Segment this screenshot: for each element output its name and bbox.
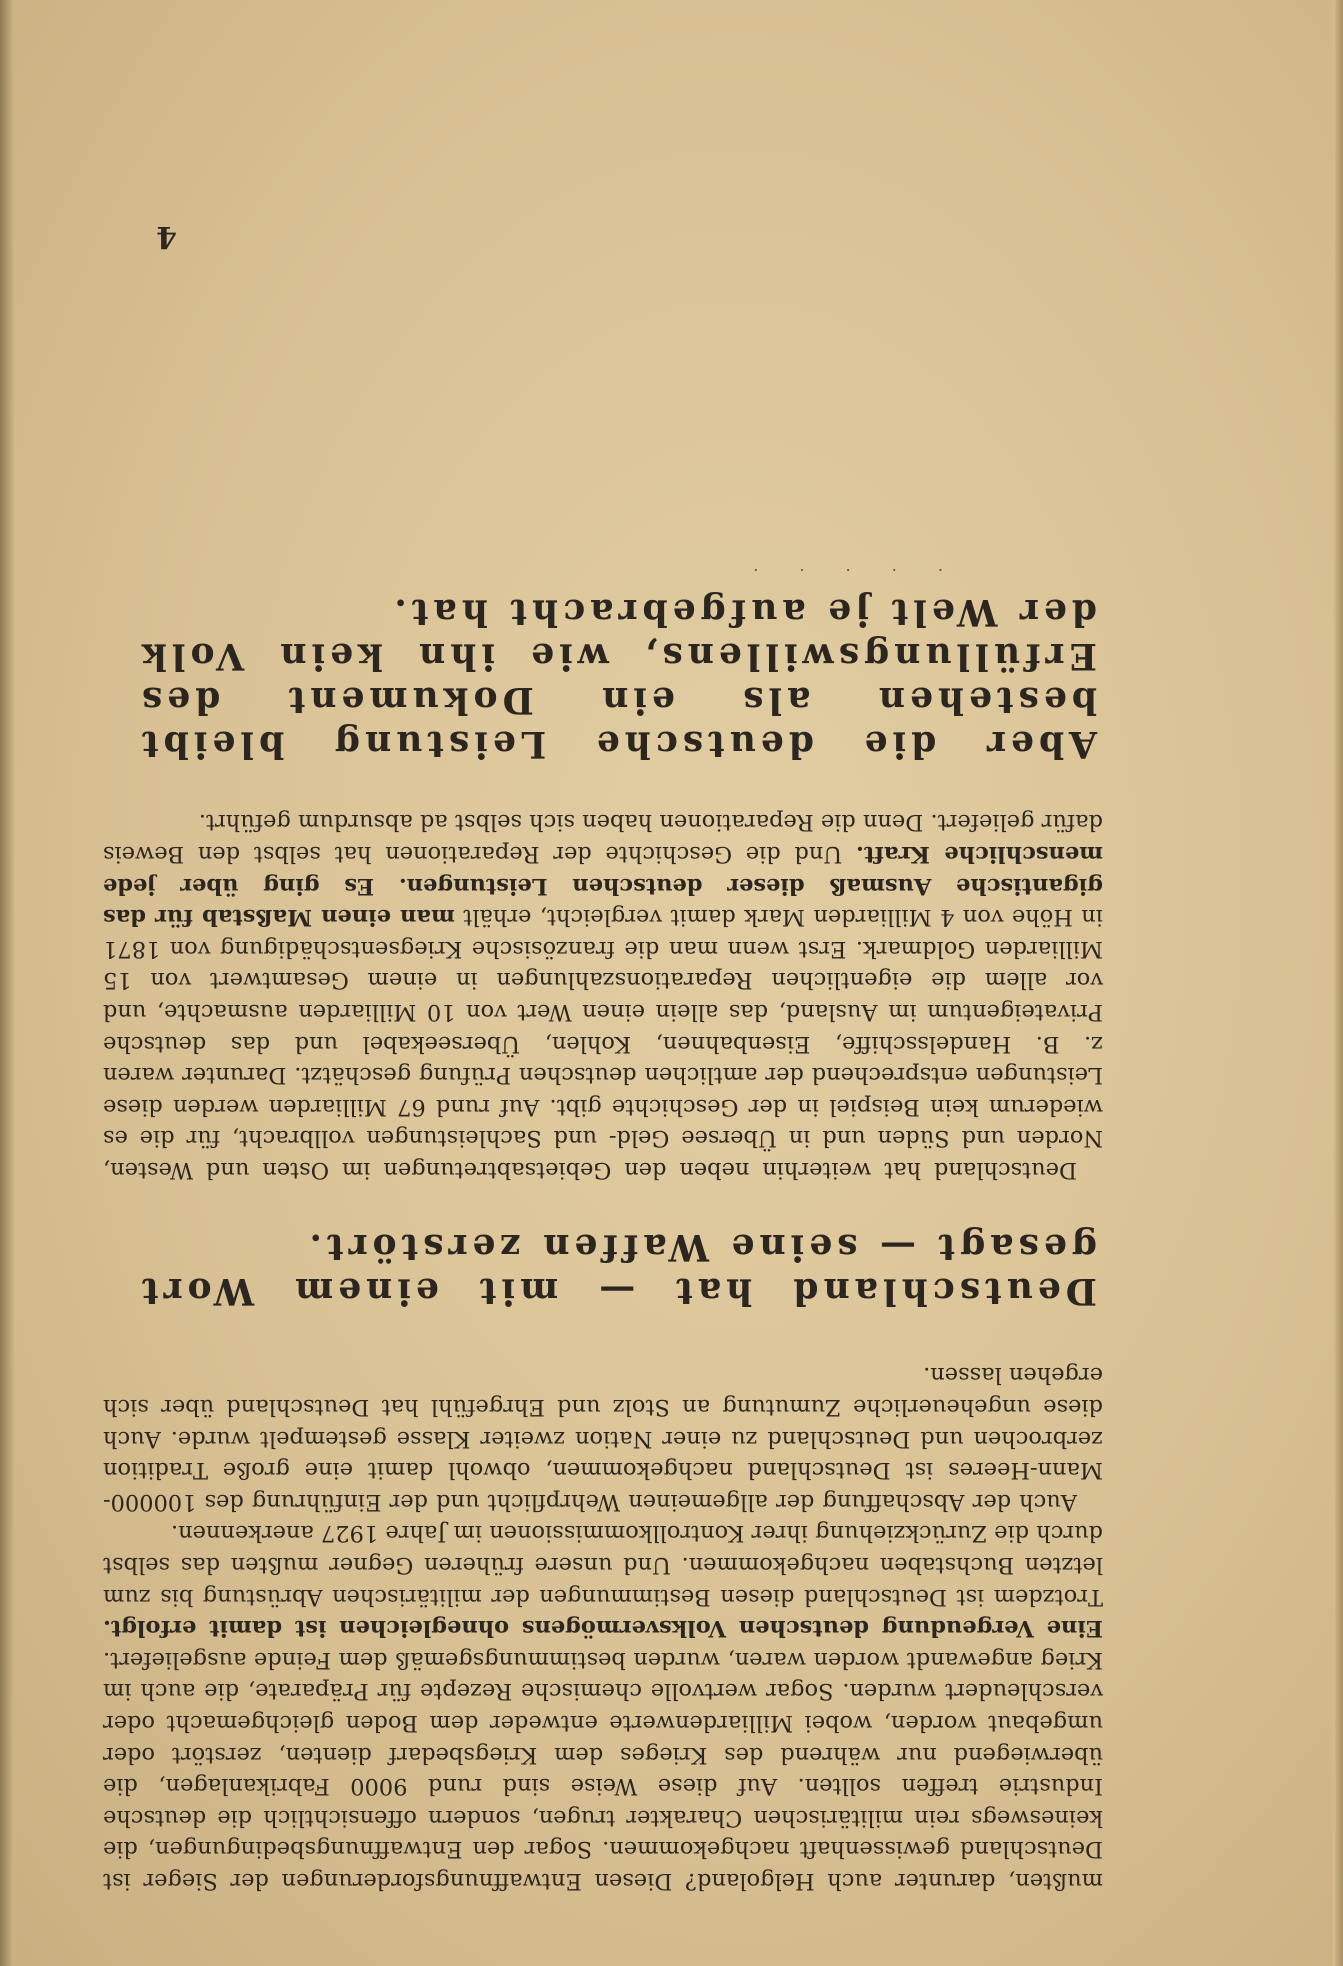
paragraph-reparations: Deutschland hat weiterhin neben den Gebi… — [103, 806, 1103, 1185]
heading-weapons-destroyed: Deutschland hat — mit einem Wort gesagt … — [137, 1225, 1103, 1313]
bold-statement: Eine Vergeudung deutschen Volksvermögens… — [103, 1615, 1103, 1641]
ornament-dots: . . . . . — [103, 558, 1103, 590]
paragraph-disarmament: mußten, darunter auch Helgoland? Diesen … — [103, 1517, 1103, 1896]
rotated-content: 4 mußten, darunter auch Helgoland? Diese… — [0, 0, 1343, 1966]
heading-fulfillment: Aber die deutsche Leistung bleibt besteh… — [137, 590, 1103, 766]
scanned-page: 4 mußten, darunter auch Helgoland? Diese… — [0, 0, 1343, 1966]
text-column: mußten, darunter auch Helgoland? Diesen … — [103, 558, 1103, 1896]
paragraph-conscription: Auch der Abschaffung der allgemeinen Weh… — [103, 1359, 1103, 1517]
page-number: 4 — [156, 219, 177, 254]
